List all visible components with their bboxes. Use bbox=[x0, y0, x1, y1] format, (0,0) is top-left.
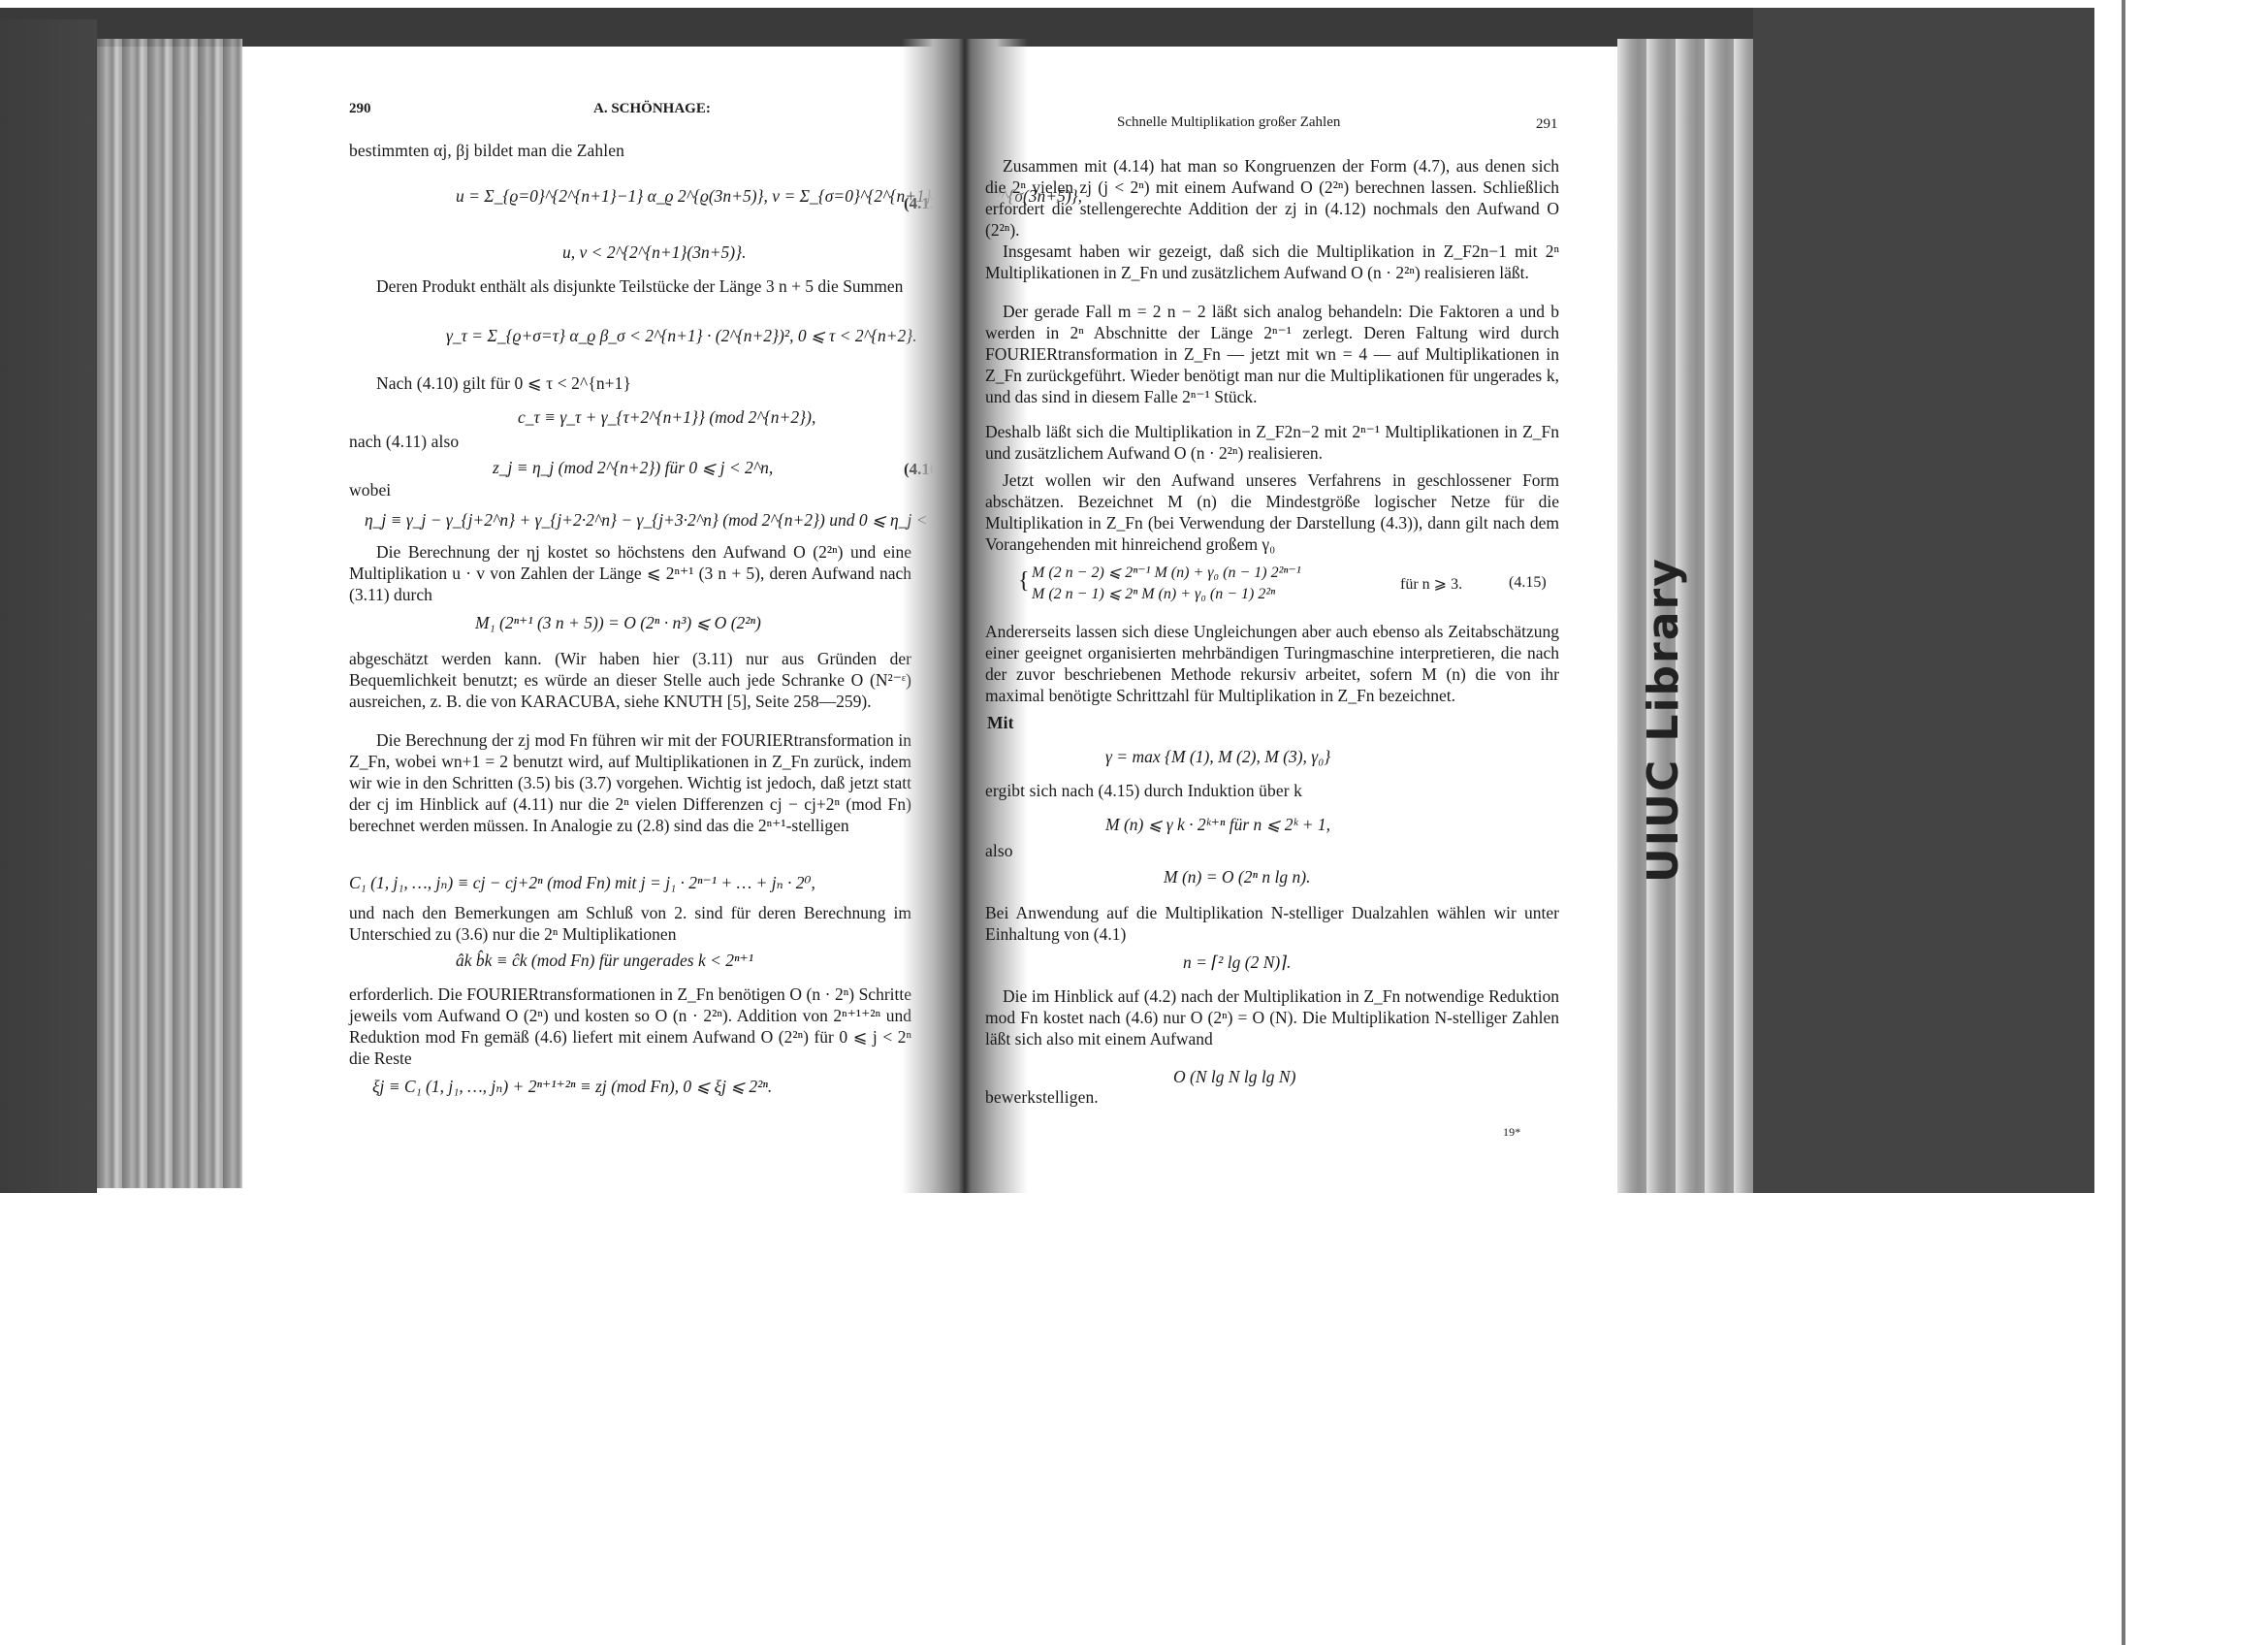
left-running-head: A. SCHÖNHAGE: bbox=[593, 101, 711, 117]
left-page-number: 290 bbox=[349, 101, 371, 117]
equation-uv-bound: u, v < 2^{2^{n+1}(3n+5)}. bbox=[562, 242, 746, 263]
equation-eta-j: η_j ≡ γ_j − γ_{j+2^n} + γ_{j+2·2^n} − γ_… bbox=[365, 510, 994, 531]
right-paragraph-jetzt: Jetzt wollen wir den Aufwand unseres Ver… bbox=[985, 469, 1559, 555]
equation-c-tau: c_τ ≡ γ_τ + γ_{τ+2^{n+1}} (mod 2^{n+2}), bbox=[518, 407, 815, 428]
equation-n-ceil: n = ⌈² lg (2 N)⌉. bbox=[1183, 952, 1291, 973]
scanner-edge-line bbox=[2122, 0, 2125, 1645]
left-paragraph-deren-produkt: Deren Produkt enthält als disjunkte Teil… bbox=[349, 275, 911, 297]
right-paragraph-insgesamt: Insgesamt haben wir gezeigt, daß sich di… bbox=[985, 241, 1559, 283]
left-line-wobei: wobei bbox=[349, 479, 391, 500]
left-line-nach-4-10: Nach (4.10) gilt für 0 ⩽ τ < 2^{n+1} bbox=[376, 372, 631, 394]
system-line-2: M (2 n − 1) ⩽ 2ⁿ M (n) + γ₀ (n − 1) 2²ⁿ bbox=[1032, 584, 1275, 603]
right-line-mit: Mit bbox=[987, 712, 1014, 733]
signature-mark: 19* bbox=[1503, 1121, 1520, 1143]
right-paragraph-reduktion: Die im Hinblick auf (4.2) nach der Multi… bbox=[985, 985, 1559, 1049]
left-line-1: bestimmten αj, βj bildet man die Zahlen bbox=[349, 140, 624, 161]
right-paragraph-anwendung: Bei Anwendung auf die Multiplikation N-s… bbox=[985, 902, 1559, 945]
book-page-edges-left bbox=[97, 39, 242, 1188]
equation-z-j: z_j ≡ η_j (mod 2^{n+2}) für 0 ⩽ j < 2^n, bbox=[493, 458, 773, 478]
equation-ak-bk: âk b̂k ≡ ĉk (mod Fn) für ungerades k < 2… bbox=[456, 951, 753, 971]
scan-frame-left bbox=[0, 19, 97, 1193]
right-paragraph-gerade-fall: Der gerade Fall m = 2 n − 2 läßt sich an… bbox=[985, 301, 1559, 407]
left-line-nach-4-11: nach (4.11) also bbox=[349, 431, 459, 452]
right-running-head: Schnelle Multiplikation großer Zahlen bbox=[1117, 114, 1340, 131]
left-paragraph-berechnung-eta: Die Berechnung der ηj kostet so höchsten… bbox=[349, 541, 911, 605]
library-stamp: UIUC Library bbox=[1639, 557, 1688, 883]
right-line-closing: bewerkstelligen. bbox=[985, 1086, 1099, 1108]
equation-c1: C₁ (1, j₁, …, jₙ) ≡ cj − cj+2ⁿ (mod Fn) … bbox=[349, 873, 815, 893]
equation-label-4-15: (4.15) bbox=[1509, 574, 1547, 592]
right-paragraph-andererseits: Andererseits lassen sich diese Ungleichu… bbox=[985, 621, 1559, 706]
left-paragraph-erforderlich: erforderlich. Die FOURIERtransformatione… bbox=[349, 984, 911, 1069]
right-line-ergibt: ergibt sich nach (4.15) durch Induktion … bbox=[985, 780, 1302, 801]
equation-final-complexity: O (N lg N lg lg N) bbox=[1173, 1067, 1295, 1087]
left-paragraph-bemerkungen: und nach den Bemerkungen am Schluß von 2… bbox=[349, 902, 911, 945]
right-paragraph-zusammen: Zusammen mit (4.14) hat man so Kongruenz… bbox=[985, 155, 1559, 241]
equation-induction: M (n) ⩽ γ k · 2ᵏ⁺ⁿ für n ⩽ 2ᵏ + 1, bbox=[1105, 815, 1330, 835]
system-condition: für n ⩾ 3. bbox=[1400, 574, 1462, 594]
scan-frame-right bbox=[1753, 8, 2094, 1193]
equation-m-n-result: M (n) = O (2ⁿ n lg n). bbox=[1164, 867, 1310, 887]
system-line-1: M (2 n − 2) ⩽ 2ⁿ⁻¹ M (n) + γ₀ (n − 1) 2²… bbox=[1032, 563, 1301, 582]
equation-gamma-max: γ = max {M (1), M (2), M (3), γ₀} bbox=[1105, 747, 1330, 767]
equation-xi-j: ξj ≡ C₁ (1, j₁, …, jₙ) + 2ⁿ⁺¹⁺²ⁿ ≡ zj (m… bbox=[372, 1077, 772, 1097]
right-page-number: 291 bbox=[1536, 116, 1558, 133]
left-brace: { bbox=[1018, 568, 1030, 595]
right-paragraph-deshalb: Deshalb läßt sich die Multiplikation in … bbox=[985, 421, 1559, 464]
equation-gamma-tau: γ_τ = Σ_{ϱ+σ=τ} α_ϱ β_σ < 2^{n+1} · (2^{… bbox=[446, 326, 917, 346]
left-paragraph-abgeschaetzt: abgeschätzt werden kann. (Wir haben hier… bbox=[349, 648, 911, 712]
left-paragraph-berechnung-zj: Die Berechnung der zj mod Fn führen wir … bbox=[349, 729, 911, 836]
right-line-also: also bbox=[985, 840, 1013, 861]
equation-m1: M₁ (2ⁿ⁺¹ (3 n + 5)) = O (2ⁿ · n³) ⩽ O (2… bbox=[475, 613, 761, 633]
